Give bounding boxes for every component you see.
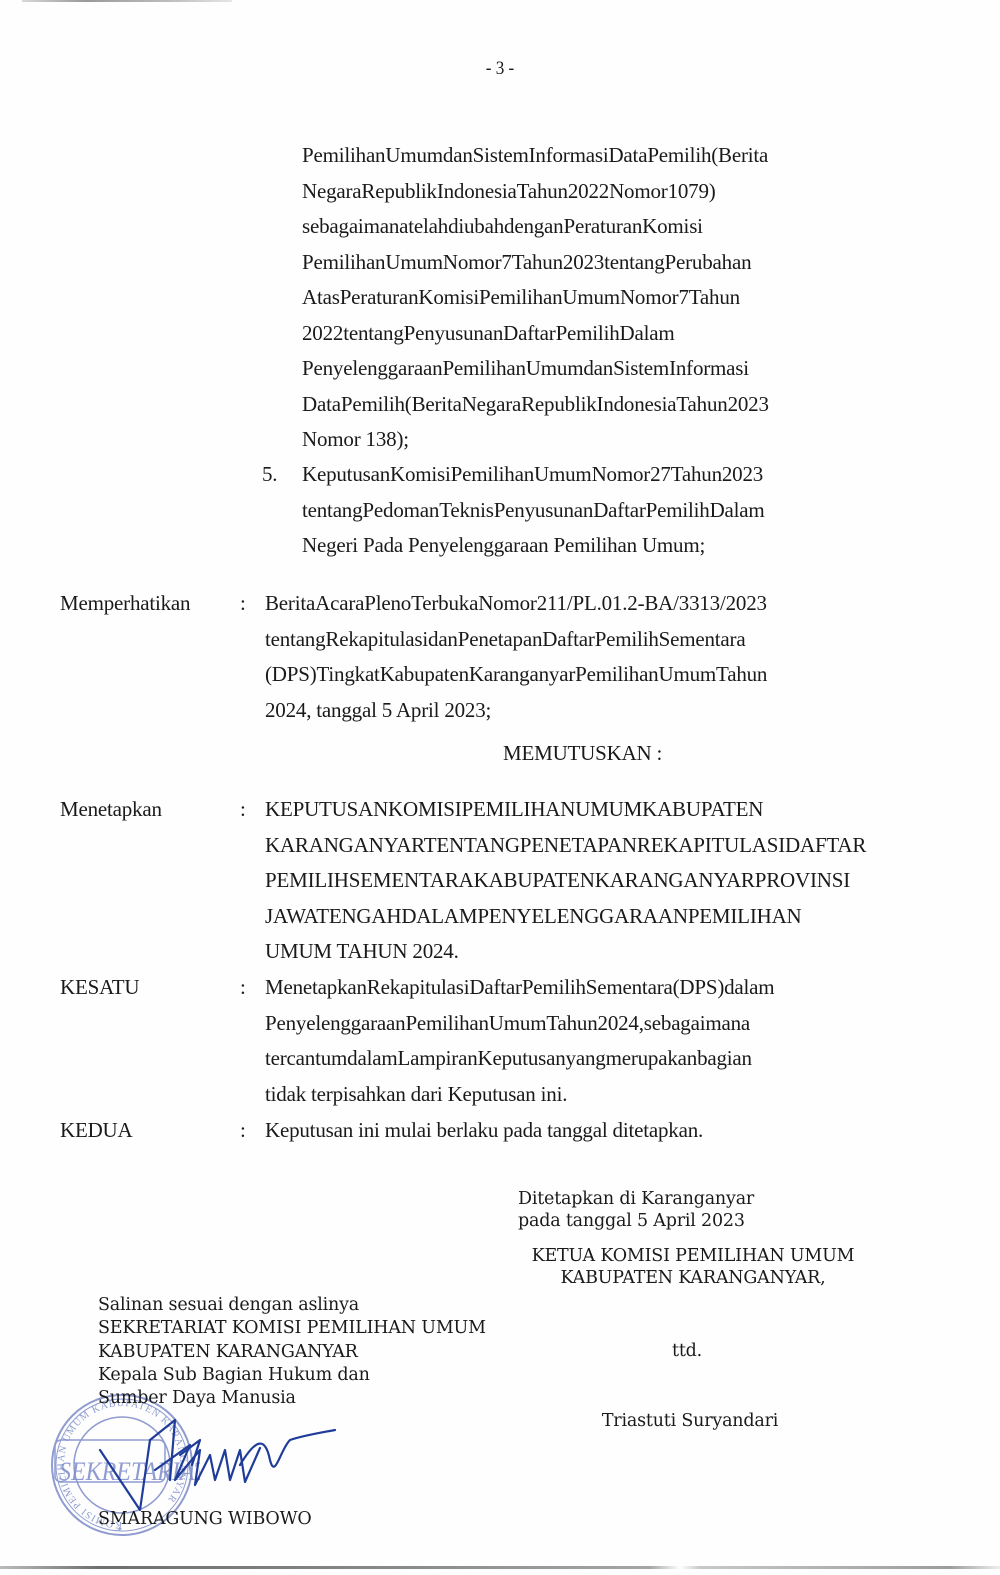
reference-line: PenyelenggaraanPemilihanUmumdanSistemInf… [302,351,912,387]
reference-line: AtasPeraturanKomisiPemilihanUmumNomor7Ta… [302,280,912,316]
signing-place: Ditetapkan di Karanganyar [518,1188,754,1210]
decision-heading: MEMUTUSKAN : [503,736,662,772]
section-colon: : [240,970,246,1006]
section-colon: : [240,1113,246,1149]
signatory-title-line1: KETUA KOMISI PEMILIHAN UMUM [508,1245,878,1267]
certified-copy-line3: KABUPATEN KARANGANYAR [98,1341,358,1363]
signed-mark: ttd. [502,1340,872,1362]
reference-line: KeputusanKomisiPemilihanUmumNomor27Tahun… [302,457,912,493]
section-body-menetapkan: KEPUTUSANKOMISIPEMILIHANUMUMKABUPATEN KA… [265,792,913,970]
scan-edge-top [22,0,232,2]
section-line: UMUM TAHUN 2024. [265,934,913,970]
reference-line: sebagaimanatelahdiubahdenganPeraturanKom… [302,209,912,245]
document-page: - 3 - PemilihanUmumdanSistemInformasiDat… [0,0,1000,1575]
section-line: PEMILIHSEMENTARAKABUPATENKARANGANYARPROV… [265,863,913,899]
reference-line: DataPemilih(BeritaNegaraRepublikIndonesi… [302,387,912,423]
certified-copy-line4: Kepala Sub Bagian Hukum dan [98,1364,370,1386]
scan-edge-bottom [0,1566,1000,1569]
section-line: (DPS)TingkatKabupatenKaranganyarPemiliha… [265,657,913,693]
section-line: tercantumdalamLampiranKeputusanyangmerup… [265,1041,913,1077]
section-label-menetapkan: Menetapkan [60,792,162,828]
reference-line: Nomor 138); [302,422,912,458]
reference-line: Negeri Pada Penyelenggaraan Pemilihan Um… [302,528,912,564]
section-line: BeritaAcaraPlenoTerbukaNomor211/PL.01.2-… [265,586,913,622]
signatory-name: Triastuti Suryandari [505,1410,875,1432]
section-body-kedua: Keputusan ini mulai berlaku pada tanggal… [265,1113,913,1149]
section-label-kesatu: KESATU [60,970,139,1006]
section-line: MenetapkanRekapitulasiDaftarPemilihSemen… [265,970,913,1006]
section-line: KARANGANYARTENTANGPENETAPANREKAPITULASID… [265,828,913,864]
section-line: PenyelenggaraanPemilihanUmumTahun2024,se… [265,1006,913,1042]
certified-copy-line2: SEKRETARIAT KOMISI PEMILIHAN UMUM [98,1317,486,1339]
section-label-kedua: KEDUA [60,1113,133,1149]
section-line: tentangRekapitulasidanPenetapanDaftarPem… [265,622,913,658]
handwritten-signature-icon [80,1410,340,1520]
certified-copy-line5: Sumber Daya Manusia [98,1387,296,1409]
reference-line: PemilihanUmumdanSistemInformasiDataPemil… [302,138,912,174]
section-line: JAWATENGAHDALAMPENYELENGGARAANPEMILIHAN [265,899,913,935]
certified-copy-name: SMARAGUNG WIBOWO [98,1508,312,1530]
reference-item-5: KeputusanKomisiPemilihanUmumNomor27Tahun… [302,457,912,564]
section-body-memperhatikan: BeritaAcaraPlenoTerbukaNomor211/PL.01.2-… [265,586,913,728]
reference-line: 2022tentangPenyusunanDaftarPemilihDalam [302,316,912,352]
signatory-title-line2: KABUPATEN KARANGANYAR, [508,1267,878,1289]
reference-item-number: 5. [262,457,277,493]
signing-date: pada tanggal 5 April 2023 [518,1210,745,1232]
continued-reference: PemilihanUmumdanSistemInformasiDataPemil… [302,138,912,458]
section-body-kesatu: MenetapkanRekapitulasiDaftarPemilihSemen… [265,970,913,1112]
section-colon: : [240,586,246,622]
section-label-memperhatikan: Memperhatikan [60,586,190,622]
certified-copy-line1: Salinan sesuai dengan aslinya [98,1294,359,1316]
section-line: 2024, tanggal 5 April 2023; [265,693,913,729]
section-line: tidak terpisahkan dari Keputusan ini. [265,1077,913,1113]
reference-line: NegaraRepublikIndonesiaTahun2022Nomor107… [302,174,912,210]
section-colon: : [240,792,246,828]
page-number: - 3 - [50,58,950,80]
section-line: Keputusan ini mulai berlaku pada tanggal… [265,1118,703,1142]
reference-line: tentangPedomanTeknisPenyusunanDaftarPemi… [302,493,912,529]
section-line: KEPUTUSANKOMISIPEMILIHANUMUMKABUPATEN [265,792,913,828]
reference-line: PemilihanUmumNomor7Tahun2023tentangPerub… [302,245,912,281]
